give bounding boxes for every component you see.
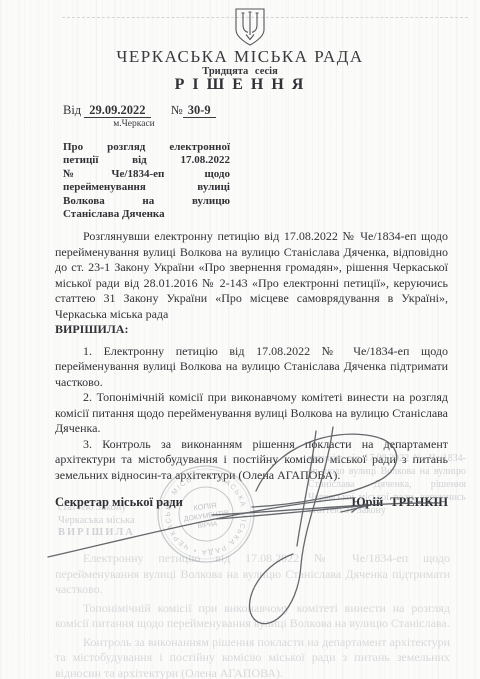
city-line: м.Черкаси	[82, 119, 186, 129]
date-number-line: Від 29.09.2022 №30-9	[63, 103, 216, 118]
tryzub-shield-icon	[233, 8, 267, 47]
round-stamp: ЧЕРКАСЬКА МІСЬКА РАДА • ЧЕРКАСЬКА МІСЬКА…	[146, 454, 266, 574]
subject-block: Про розгляд електронної петиції від 17.0…	[63, 141, 230, 221]
council-title: ЧЕРКАСЬКА МІСЬКА РАДА	[0, 47, 480, 67]
ghost-paragraph: Контроль за виконанням рішення покласти …	[55, 635, 450, 679]
resolved-label: ВИРІШИЛА:	[55, 322, 448, 338]
document-type-heading: Р І Ш Е Н Н Я	[0, 76, 480, 94]
signature-row: Секретар міської ради Юрій ТРЕНКІН	[55, 495, 448, 510]
subject-line: петиції від 17.08.2022	[63, 154, 230, 167]
ghost-paragraph: Топонімічній комісії при виконавчому ком…	[55, 601, 450, 632]
signatory-title: Секретар міської ради	[55, 495, 183, 510]
subject-line: Про розгляд електронної	[63, 141, 230, 154]
subject-line: перейменування вулиці	[63, 181, 230, 194]
resolution-item-2: 2. Топонімічній комісії при виконавчому …	[55, 390, 448, 437]
stamp-center-line3: ВІРНА	[197, 520, 218, 530]
subject-line: Станіслава Дяченка	[63, 208, 230, 221]
signatory-name: Юрій ТРЕНКІН	[351, 495, 448, 510]
document-date: 29.09.2022	[84, 103, 150, 118]
preamble-paragraph: Розглянувши електронну петицію від 17.08…	[55, 229, 448, 322]
subject-line: №Че/1834-еп щодо	[63, 168, 230, 181]
document-number: 30-9	[183, 103, 216, 118]
subject-line: Волкова на вулицю	[63, 195, 230, 208]
document-body: Розглянувши електронну петицію від 17.08…	[55, 229, 448, 483]
resolution-item-1: 1. Електронну петицію від 17.08.2022 № Ч…	[55, 344, 448, 391]
scanned-decision-document: ЧЕРКАСЬКА МІСЬКА РАДА Тридцята сесія Р І…	[0, 0, 480, 679]
from-label: Від	[63, 103, 81, 117]
number-label: №	[171, 103, 183, 117]
ghost-text-block: Електронну петицію від 17.08.2022 № Че/1…	[55, 551, 450, 679]
